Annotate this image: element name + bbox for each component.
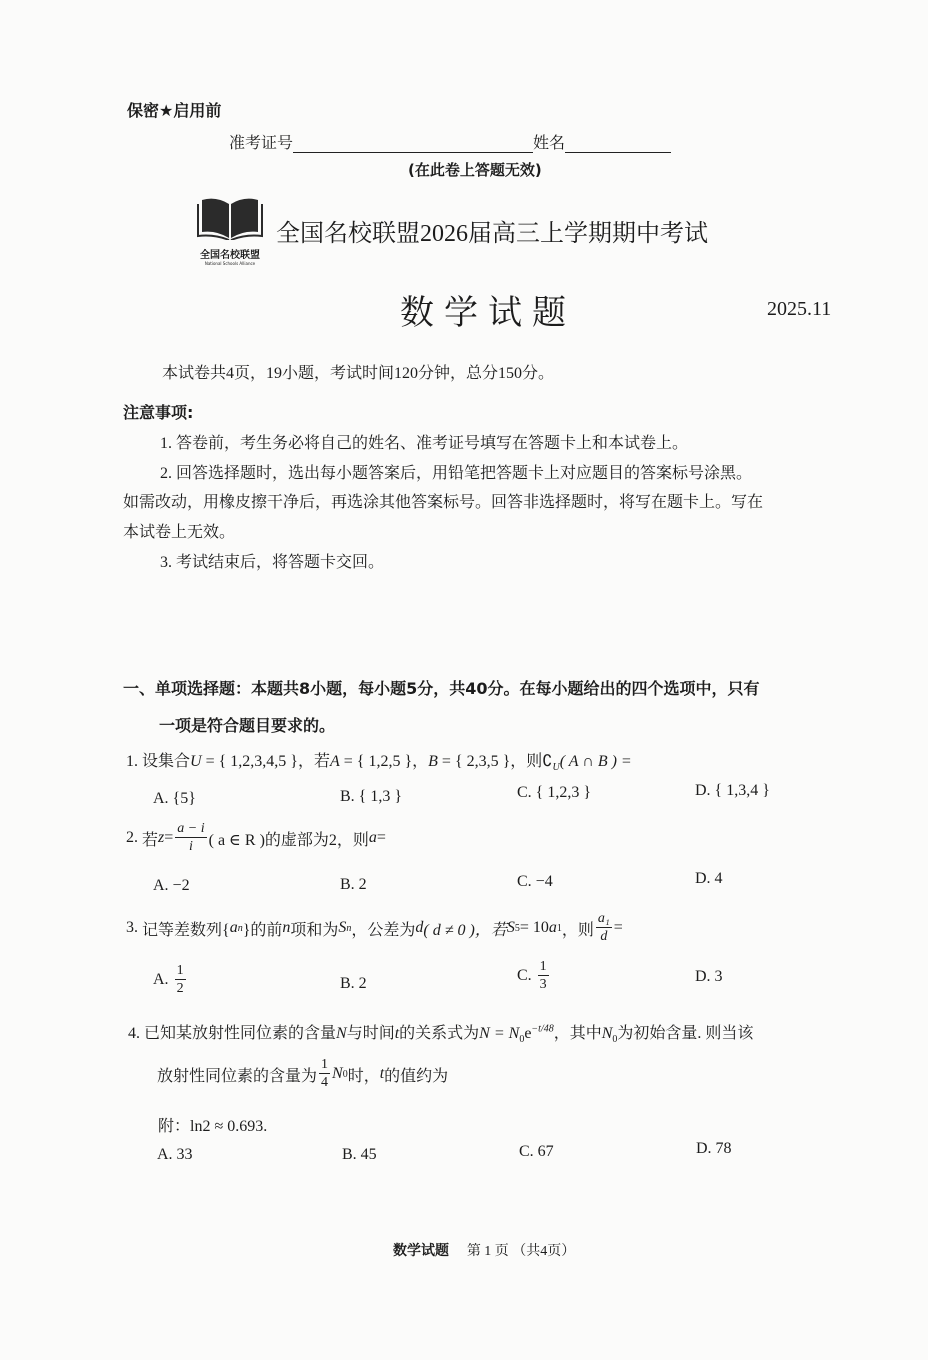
q-var: n xyxy=(282,919,290,937)
logo-en: National Schools Alliance xyxy=(196,261,264,266)
fraction: a − ii xyxy=(175,822,206,854)
q-text: = { 2,3,5 }，则∁ xyxy=(438,753,553,770)
name-field[interactable] xyxy=(565,136,671,153)
question-number: 3. xyxy=(126,919,138,937)
q-exponent: −t/48 xyxy=(531,1024,553,1035)
notice-item: 2. 回答选择题时，选出每小题答案后，用铅笔把答题卡上对应题目的答案标号涂黑。 xyxy=(160,460,752,483)
denominator: 3 xyxy=(540,976,547,992)
q-var: N xyxy=(336,1025,347,1042)
invalid-note: (在此卷上答题无效) xyxy=(408,159,542,180)
q1-option-c: C. { 1,2,3 } xyxy=(517,784,591,802)
numerator: 1 xyxy=(538,960,549,976)
q-var: S xyxy=(507,919,515,937)
q-text: = { 1,2,3,4,5 }，若 xyxy=(202,753,330,770)
q2-option-a: A. −2 xyxy=(153,877,190,895)
question-1: 1. 设集合U = { 1,2,3,4,5 }，若A = { 1,2,5 }，B… xyxy=(126,748,632,773)
exam-title: 全国名校联盟2026届高三上学期期中考试 xyxy=(276,213,708,248)
q-text: = xyxy=(164,829,173,847)
q-text: 放射性同位素的含量为 xyxy=(157,1063,317,1086)
q-text: }的前 xyxy=(243,917,283,940)
q-text: ，公差为 xyxy=(351,917,415,940)
q4-option-c: C. 67 xyxy=(519,1143,554,1161)
open-book-icon xyxy=(196,196,264,240)
q-text: 与时间 xyxy=(347,1025,395,1042)
q-var: a xyxy=(230,919,238,937)
logo: 全国名校联盟 National Schools Alliance xyxy=(196,196,264,266)
subject-title: 数学试题 xyxy=(400,285,576,334)
q-text: = 10 xyxy=(520,919,549,937)
q-var: N xyxy=(602,1025,613,1042)
notice-item: 本试卷上无效。 xyxy=(123,519,235,542)
notice-heading: 注意事项: xyxy=(123,400,193,423)
q-text: 已知某放射性同位素的含量 xyxy=(144,1025,336,1042)
q2-option-c: C. −4 xyxy=(517,873,553,891)
notice-item: 1. 答卷前，考生务必将自己的姓名、准考证号填写在答题卡上和本试卷上。 xyxy=(160,430,688,453)
q-var: A xyxy=(330,753,340,770)
q-text: ( a ∈ R )的虚部为2，则 xyxy=(209,827,369,850)
q3-option-b: B. 2 xyxy=(340,975,367,993)
q3-option-d: D. 3 xyxy=(695,968,723,986)
q1-option-b: B. { 1,3 } xyxy=(340,788,402,806)
q-text: = { 1,2,5 }， xyxy=(340,753,428,770)
q2-option-b: B. 2 xyxy=(340,876,367,894)
q-sub: U xyxy=(553,762,560,773)
section-heading: 一、单项选择题：本题共8小题，每小题5分，共40分。在每小题给出的四个选项中，只… xyxy=(123,676,760,699)
q3-option-a: A. 12 xyxy=(153,964,188,996)
exam-date: 2025.11 xyxy=(767,298,831,321)
q3-option-c: C. 13 xyxy=(517,960,551,992)
q-var: B xyxy=(428,753,438,770)
option-label: C. xyxy=(517,967,532,985)
question-2: 2. 若z = a − ii ( a ∈ R )的虚部为2，则a = xyxy=(126,822,386,854)
q4-option-d: D. 78 xyxy=(696,1140,732,1158)
q2-option-d: D. 4 xyxy=(695,870,723,888)
question-4-hint: 附：ln2 ≈ 0.693. xyxy=(158,1113,267,1136)
fraction: 12 xyxy=(175,964,186,996)
q4-option-b: B. 45 xyxy=(342,1146,377,1164)
exam-summary: 本试卷共4页，19小题，考试时间120分钟，总分150分。 xyxy=(162,360,554,383)
q-text: 的关系式为 xyxy=(399,1025,479,1042)
q-text: ( d ≠ 0 )，若 xyxy=(423,917,506,940)
q-var: N xyxy=(332,1065,343,1083)
q-text: ，其中 xyxy=(554,1025,602,1042)
question-4-line-1: 4. 已知某放射性同位素的含量N与时间t的关系式为N = N0e−t/48，其中… xyxy=(128,1020,753,1045)
page-footer: 数学试题 第 1 页 （共4页） xyxy=(393,1240,575,1260)
numerator: 1 xyxy=(175,964,186,980)
q-var: a xyxy=(549,919,557,937)
q-text: 时， xyxy=(348,1063,380,1086)
question-number: 4. xyxy=(128,1025,140,1042)
option-label: A. xyxy=(153,971,169,989)
confidential-label: 保密★启用前 xyxy=(127,98,221,121)
numerator: a₁ xyxy=(596,912,612,928)
footer-subject: 数学试题 xyxy=(393,1243,449,1259)
question-4-line-2: 放射性同位素的含量为 14 N0时，t的值约为 xyxy=(157,1058,448,1090)
q-text: ( A ∩ B ) = xyxy=(560,753,632,770)
q-text: = xyxy=(614,919,623,937)
denominator: d xyxy=(600,928,607,944)
numerator: 1 xyxy=(319,1058,330,1074)
fraction: 13 xyxy=(538,960,549,992)
q-text: 记等差数列{ xyxy=(142,917,230,940)
q-var: S xyxy=(338,919,346,937)
q-text: 的值约为 xyxy=(384,1063,448,1086)
q-text: 若 xyxy=(142,827,158,850)
exam-id-row: 准考证号姓名 xyxy=(229,130,671,153)
q-var: d xyxy=(415,919,423,937)
q-text: 项和为 xyxy=(290,917,338,940)
section-heading-cont: 一项是符合题目要求的。 xyxy=(159,713,335,736)
q1-option-a: A. {5} xyxy=(153,790,196,808)
q-var: a xyxy=(369,829,377,847)
numerator: a − i xyxy=(175,822,206,838)
q4-option-a: A. 33 xyxy=(157,1146,193,1164)
q-var: U xyxy=(190,753,202,770)
denominator: 4 xyxy=(321,1074,328,1090)
fraction: 14 xyxy=(319,1058,330,1090)
exam-id-label: 准考证号 xyxy=(229,133,293,152)
denominator: i xyxy=(189,838,193,854)
notice-item: 如需改动，用橡皮擦干净后，再选涂其他答案标号。回答非选择题时，将写在题卡上。写在 xyxy=(123,489,763,512)
q-text: ，则 xyxy=(562,917,594,940)
q-text: = xyxy=(377,829,386,847)
question-number: 2. xyxy=(126,829,138,847)
footer-page: 第 1 页 （共4页） xyxy=(467,1244,576,1259)
denominator: 2 xyxy=(177,980,184,996)
q-text: 设集合 xyxy=(142,753,190,770)
fraction: a₁d xyxy=(596,912,612,944)
q1-option-d: D. { 1,3,4 } xyxy=(695,782,770,800)
logo-cn: 全国名校联盟 xyxy=(196,246,264,261)
name-label: 姓名 xyxy=(533,133,565,152)
question-number: 1. xyxy=(126,753,138,770)
q-text: 为初始含量. 则当该 xyxy=(617,1025,753,1042)
question-3: 3. 记等差数列{ an }的前n项和为Sn，公差为d ( d ≠ 0 )，若S… xyxy=(126,912,623,944)
q-var: N = N xyxy=(479,1025,519,1042)
exam-id-field[interactable] xyxy=(293,136,533,153)
notice-item: 3. 考试结束后，将答题卡交回。 xyxy=(160,549,384,572)
